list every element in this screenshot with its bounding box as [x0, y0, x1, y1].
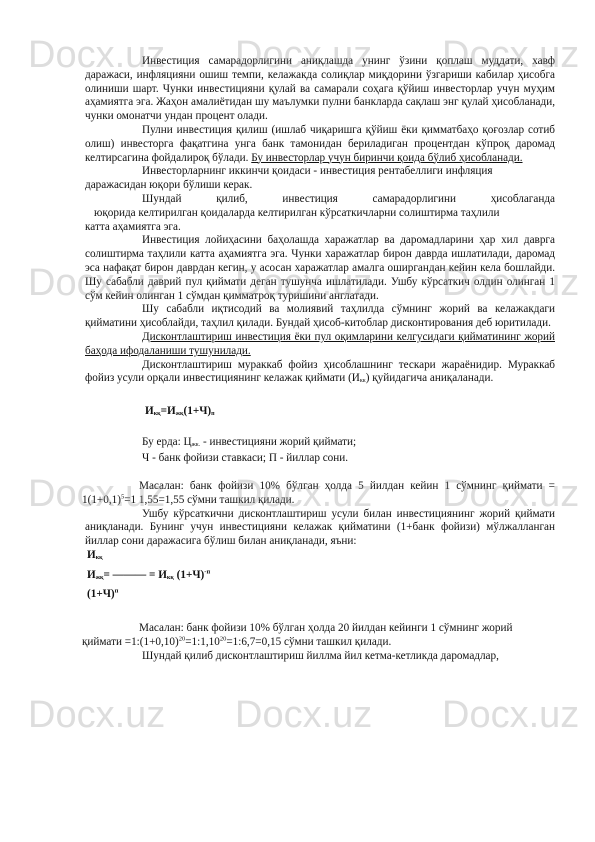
example2-text-b: =1:1,10 [185, 636, 220, 648]
formula-rhs-sub: жқ [176, 411, 184, 417]
watermark-row: Docx.uz Docx.uz Docx.uz [0, 264, 595, 304]
f2-eq: = ——— = И [104, 569, 167, 581]
text-column: Инвестиция самарадорлигини аниқлашда уни… [85, 55, 555, 664]
f2-rest: (1+Ч) [174, 569, 204, 581]
watermark: Docx.uz [235, 36, 372, 74]
watermark: Docx.uz [442, 36, 579, 74]
paragraph-compound-interest: Дисконтлаштириш мураккаб фойиз ҳисоблашн… [85, 359, 555, 390]
example2-text-c: =1:6,7=0,15 сўмни ташкил қилади. [226, 636, 391, 648]
watermark: Docx.uz [442, 696, 579, 734]
watermark: Docx.uz [442, 264, 579, 302]
f2-rhs-sub: кқ [167, 575, 174, 581]
watermark: Docx.uz [235, 264, 372, 302]
paragraph-second-rule: Инвесторларнинг иккинчи қоидаси - инвест… [85, 165, 555, 193]
formula-lhs: И [145, 405, 154, 417]
denominator: (1+Ч) [87, 588, 115, 600]
watermark-row: Docx.uz Docx.uz Docx.uz [0, 36, 595, 76]
f2-exp: -п [204, 568, 210, 575]
paragraph-thus-line3: катта аҳамиятга эга. [85, 221, 555, 235]
paragraph-first-rule: Пулни инвестиция қилиш (ишлаб чиқаришга … [85, 124, 555, 165]
formula-future-value: Икқ=Ижқ(1+Ч)п [85, 405, 555, 422]
watermark: Docx.uz [28, 36, 165, 74]
paragraph-economic-analysis: Шу сабабли иқтисодий ва молиявий таҳлилд… [85, 303, 555, 331]
watermark: Docx.uz [235, 475, 372, 513]
watermark: Docx.uz [442, 475, 579, 513]
first-rule-underlined: Бу инвесторлар учун биринчи қоида бўлиб … [251, 152, 522, 164]
formula-present-value: Икқ Ижқ= ——— = Икқ (1+Ч)-п (1+Ч)п [85, 549, 555, 602]
numerator-sub: кқ [96, 555, 103, 561]
formula-exp: п [211, 411, 214, 417]
def-text-a: Бу ерда: Ц [142, 436, 192, 448]
formula-rest: (1+Ч) [184, 405, 212, 417]
f2-lhs: И [87, 569, 96, 581]
compound-text-b: ) қуйидагича аниқаланади. [366, 372, 494, 384]
def-text-b: - инвестицияни жорий қиймати; [200, 436, 356, 448]
document-page: Инвестиция самарадорлигини аниқлашда уни… [0, 0, 595, 842]
def-subscript: жк. [192, 442, 201, 448]
definition-line-1: Бу ерда: Цжк. - инвестицияни жорий қийма… [85, 436, 555, 453]
watermark-row: Docx.uz Docx.uz Docx.uz [0, 696, 595, 736]
denominator-exp: п [115, 588, 119, 595]
formula2-denominator: (1+Ч)п [87, 588, 555, 602]
formula2-main: Ижқ= ——— = Икқ (1+Ч)-п [87, 569, 555, 586]
watermark: Docx.uz [28, 475, 165, 513]
formula-lhs-sub: кқ [154, 411, 161, 417]
watermark-row: Docx.uz Docx.uz Docx.uz [0, 475, 595, 515]
paragraph-conclusion: Шундай қилиб дисконтлаштириш йиллма йил … [85, 650, 555, 664]
paragraph-example-2: Масалан: банк фойизи 10% бўлган ҳолда 20… [82, 622, 555, 650]
paragraph-thus-line2: юқорида келтирилган қоидаларда келтирилг… [85, 207, 555, 221]
paragraph-thus-line1: Шундай қилиб, инвестиция самарадорлигини… [85, 193, 555, 207]
formula2-numerator: Икқ [87, 549, 555, 566]
watermark: Docx.uz [235, 696, 372, 734]
formula-eq: =И [161, 405, 176, 417]
watermark: Docx.uz [28, 696, 165, 734]
numerator: И [87, 549, 96, 561]
definition-line-2: Ч - банк фойизи ставкаси; П - йиллар сон… [85, 452, 555, 466]
paragraph-discounting-definition: Дисконтлаштириш инвестиция ёки пул оқимл… [85, 331, 555, 359]
watermark: Docx.uz [28, 264, 165, 302]
f2-lhs-sub: жқ [96, 575, 104, 581]
